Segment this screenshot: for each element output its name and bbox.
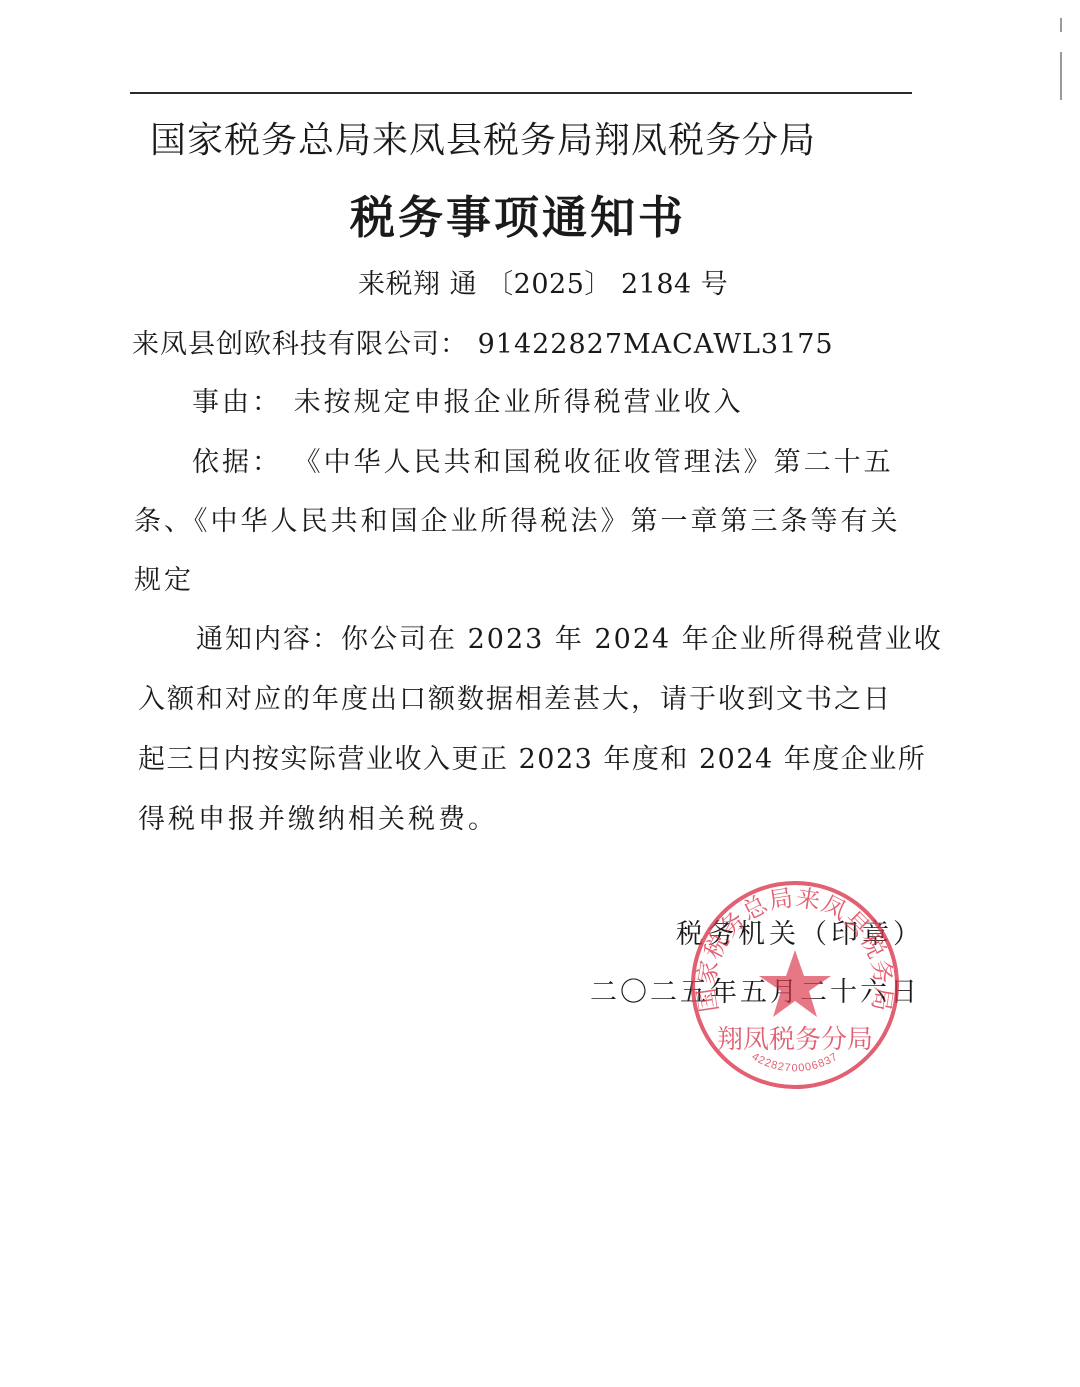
notice-line: 入额和对应的年度出口额数据相差甚大，请于收到文书之日 <box>138 677 892 716</box>
header-rule <box>130 92 912 94</box>
scan-edge-mark <box>1060 52 1062 100</box>
notice-line: 通知内容：你公司在 2023 年 2024 年企业所得税营业收 <box>196 617 943 656</box>
official-seal: 国家税务总局来凤县税务局 翔凤税务分局 4228270006837 <box>688 878 902 1092</box>
notice-line: 起三日内按实际营业收入更正 2023 年度和 2024 年度企业所 <box>138 737 926 776</box>
star-icon <box>759 950 831 1017</box>
scan-edge-mark <box>1060 18 1062 32</box>
document-title: 税务事项通知书 <box>350 181 686 246</box>
reason-line: 事由： 未按规定申报企业所得税营业收入 <box>192 380 744 419</box>
basis-line: 条、《中华人民共和国企业所得税法》第一章第三条等有关 <box>134 499 901 538</box>
notice-line: 得税申报并缴纳相关税费。 <box>138 797 498 836</box>
seal-code: 4228270006837 <box>750 1051 841 1075</box>
seal-center-text: 翔凤税务分局 <box>717 1025 873 1054</box>
recipient-line: 来凤县创欧科技有限公司： 91422827MACAWL3175 <box>132 322 834 361</box>
document-number: 来税翔 通 〔2025〕 2184 号 <box>358 262 728 301</box>
svg-text:4228270006837: 4228270006837 <box>750 1051 841 1075</box>
basis-line: 规定 <box>134 558 194 597</box>
issuing-authority: 国家税务总局来凤县税务局翔凤税务分局 <box>150 112 816 163</box>
basis-line: 依据： 《中华人民共和国税收征收管理法》第二十五 <box>192 440 894 479</box>
